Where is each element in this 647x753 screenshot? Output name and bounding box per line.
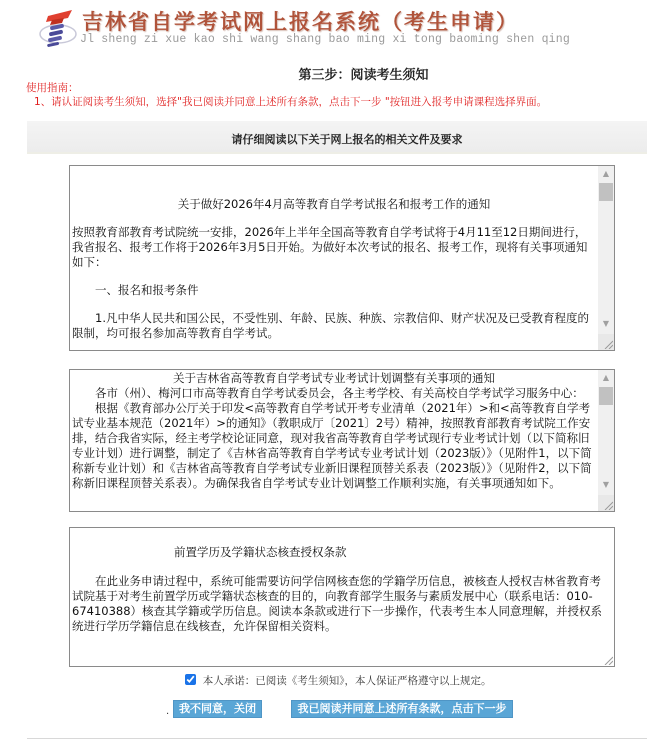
- vertical-scrollbar[interactable]: ▲ ▼: [598, 166, 614, 350]
- notice-paragraph: 按照教育部教育考试院统一安排，2026年上半年全国高等教育自学考试将于4月11至…: [72, 225, 596, 270]
- disagree-close-button[interactable]: 我不同意，关闭窗口: [173, 700, 262, 718]
- notice-textarea-plan-adjustment[interactable]: 关于吉林省高等教育自学考试专业考试计划调整有关事项的通知 各市（州）、梅河口市高…: [69, 369, 615, 512]
- scrollbar-thumb[interactable]: [599, 183, 613, 201]
- notice-title: 关于吉林省高等教育自学考试专业考试计划调整有关事项的通知: [72, 371, 596, 386]
- scroll-down-arrow-icon[interactable]: ▼: [598, 477, 614, 493]
- vertical-scrollbar[interactable]: ▲ ▼: [598, 370, 614, 511]
- scrollbar-thumb[interactable]: [599, 387, 613, 405]
- agreement-row: 本人承诺：已阅读《考生须知》，本人保证严格遵守以上规定。: [0, 673, 647, 688]
- notice-paragraph: 各市（州）、梅河口市高等教育自学考试委员会，各主考学校、有关高校自学考试学习服务…: [72, 386, 596, 401]
- resize-handle-icon[interactable]: [598, 495, 614, 511]
- notice-textarea-exam-registration[interactable]: 关于做好2026年4月高等教育自学考试报名和报考工作的通知 按照教育部教育考试院…: [69, 165, 615, 351]
- scroll-up-arrow-icon[interactable]: ▲: [598, 166, 614, 182]
- notice-textarea-authorization-terms[interactable]: 前置学历及学籍状态核查授权条款 在此业务申请过程中，系统可能需要访问学信网核查您…: [69, 527, 615, 667]
- scroll-down-arrow-icon[interactable]: ▼: [598, 316, 614, 332]
- footer-divider: [27, 738, 647, 739]
- notice-paragraph: 在此业务申请过程中，系统可能需要访问学信网核查您的学籍学历信息，被核查人授权吉林…: [72, 574, 610, 634]
- book-stack-logo-icon: [38, 6, 78, 48]
- guide-heading: 使用指南：: [26, 81, 547, 95]
- agree-next-button[interactable]: 我已阅读并同意上述所有条款，点击下一步: [291, 700, 513, 718]
- agreement-label: 本人承诺：已阅读《考生须知》，本人保证严格遵守以上规定。: [203, 675, 492, 687]
- notice-title: 关于做好2026年4月高等教育自学考试报名和报考工作的通知: [72, 197, 596, 212]
- agreement-checkbox[interactable]: [185, 674, 196, 685]
- resize-handle-icon[interactable]: [598, 334, 614, 350]
- section-header-bar: 请仔细阅读以下关于网上报名的相关文件及要求: [27, 121, 647, 154]
- notice-paragraph: 1.凡中华人民共和国公民，不受性别、年龄、民族、种族、宗教信仰、财产状况及已受教…: [72, 311, 596, 341]
- section-title: 请仔细阅读以下关于网上报名的相关文件及要求: [27, 131, 647, 147]
- notice-paragraph: 一、报名和报考条件: [72, 283, 596, 298]
- page-header: 吉林省自学考试网上报名系统（考生申请） Jl sheng zi xue kao …: [0, 0, 647, 55]
- notice-paragraph: 根据《教育部办公厅关于印发<高等教育自学考试开考专业清单（2021年）>和<高等…: [72, 401, 596, 491]
- resize-handle-icon[interactable]: [598, 650, 614, 666]
- app-title-pinyin: Jl sheng zi xue kao shi wang shang bao m…: [80, 33, 570, 46]
- separator-dot: .: [166, 706, 169, 717]
- notice-title: 前置学历及学籍状态核查授权条款: [72, 545, 610, 560]
- app-title: 吉林省自学考试网上报名系统（考生申请）: [82, 6, 519, 36]
- usage-guide: 使用指南： 1、请认证阅读考生须知，选择"我已阅读并同意上述所有条款，点击下一步…: [26, 81, 547, 109]
- guide-item: 1、请认证阅读考生须知，选择"我已阅读并同意上述所有条款，点击下一步 "按钮进入…: [26, 95, 547, 109]
- scroll-up-arrow-icon[interactable]: ▲: [598, 370, 614, 386]
